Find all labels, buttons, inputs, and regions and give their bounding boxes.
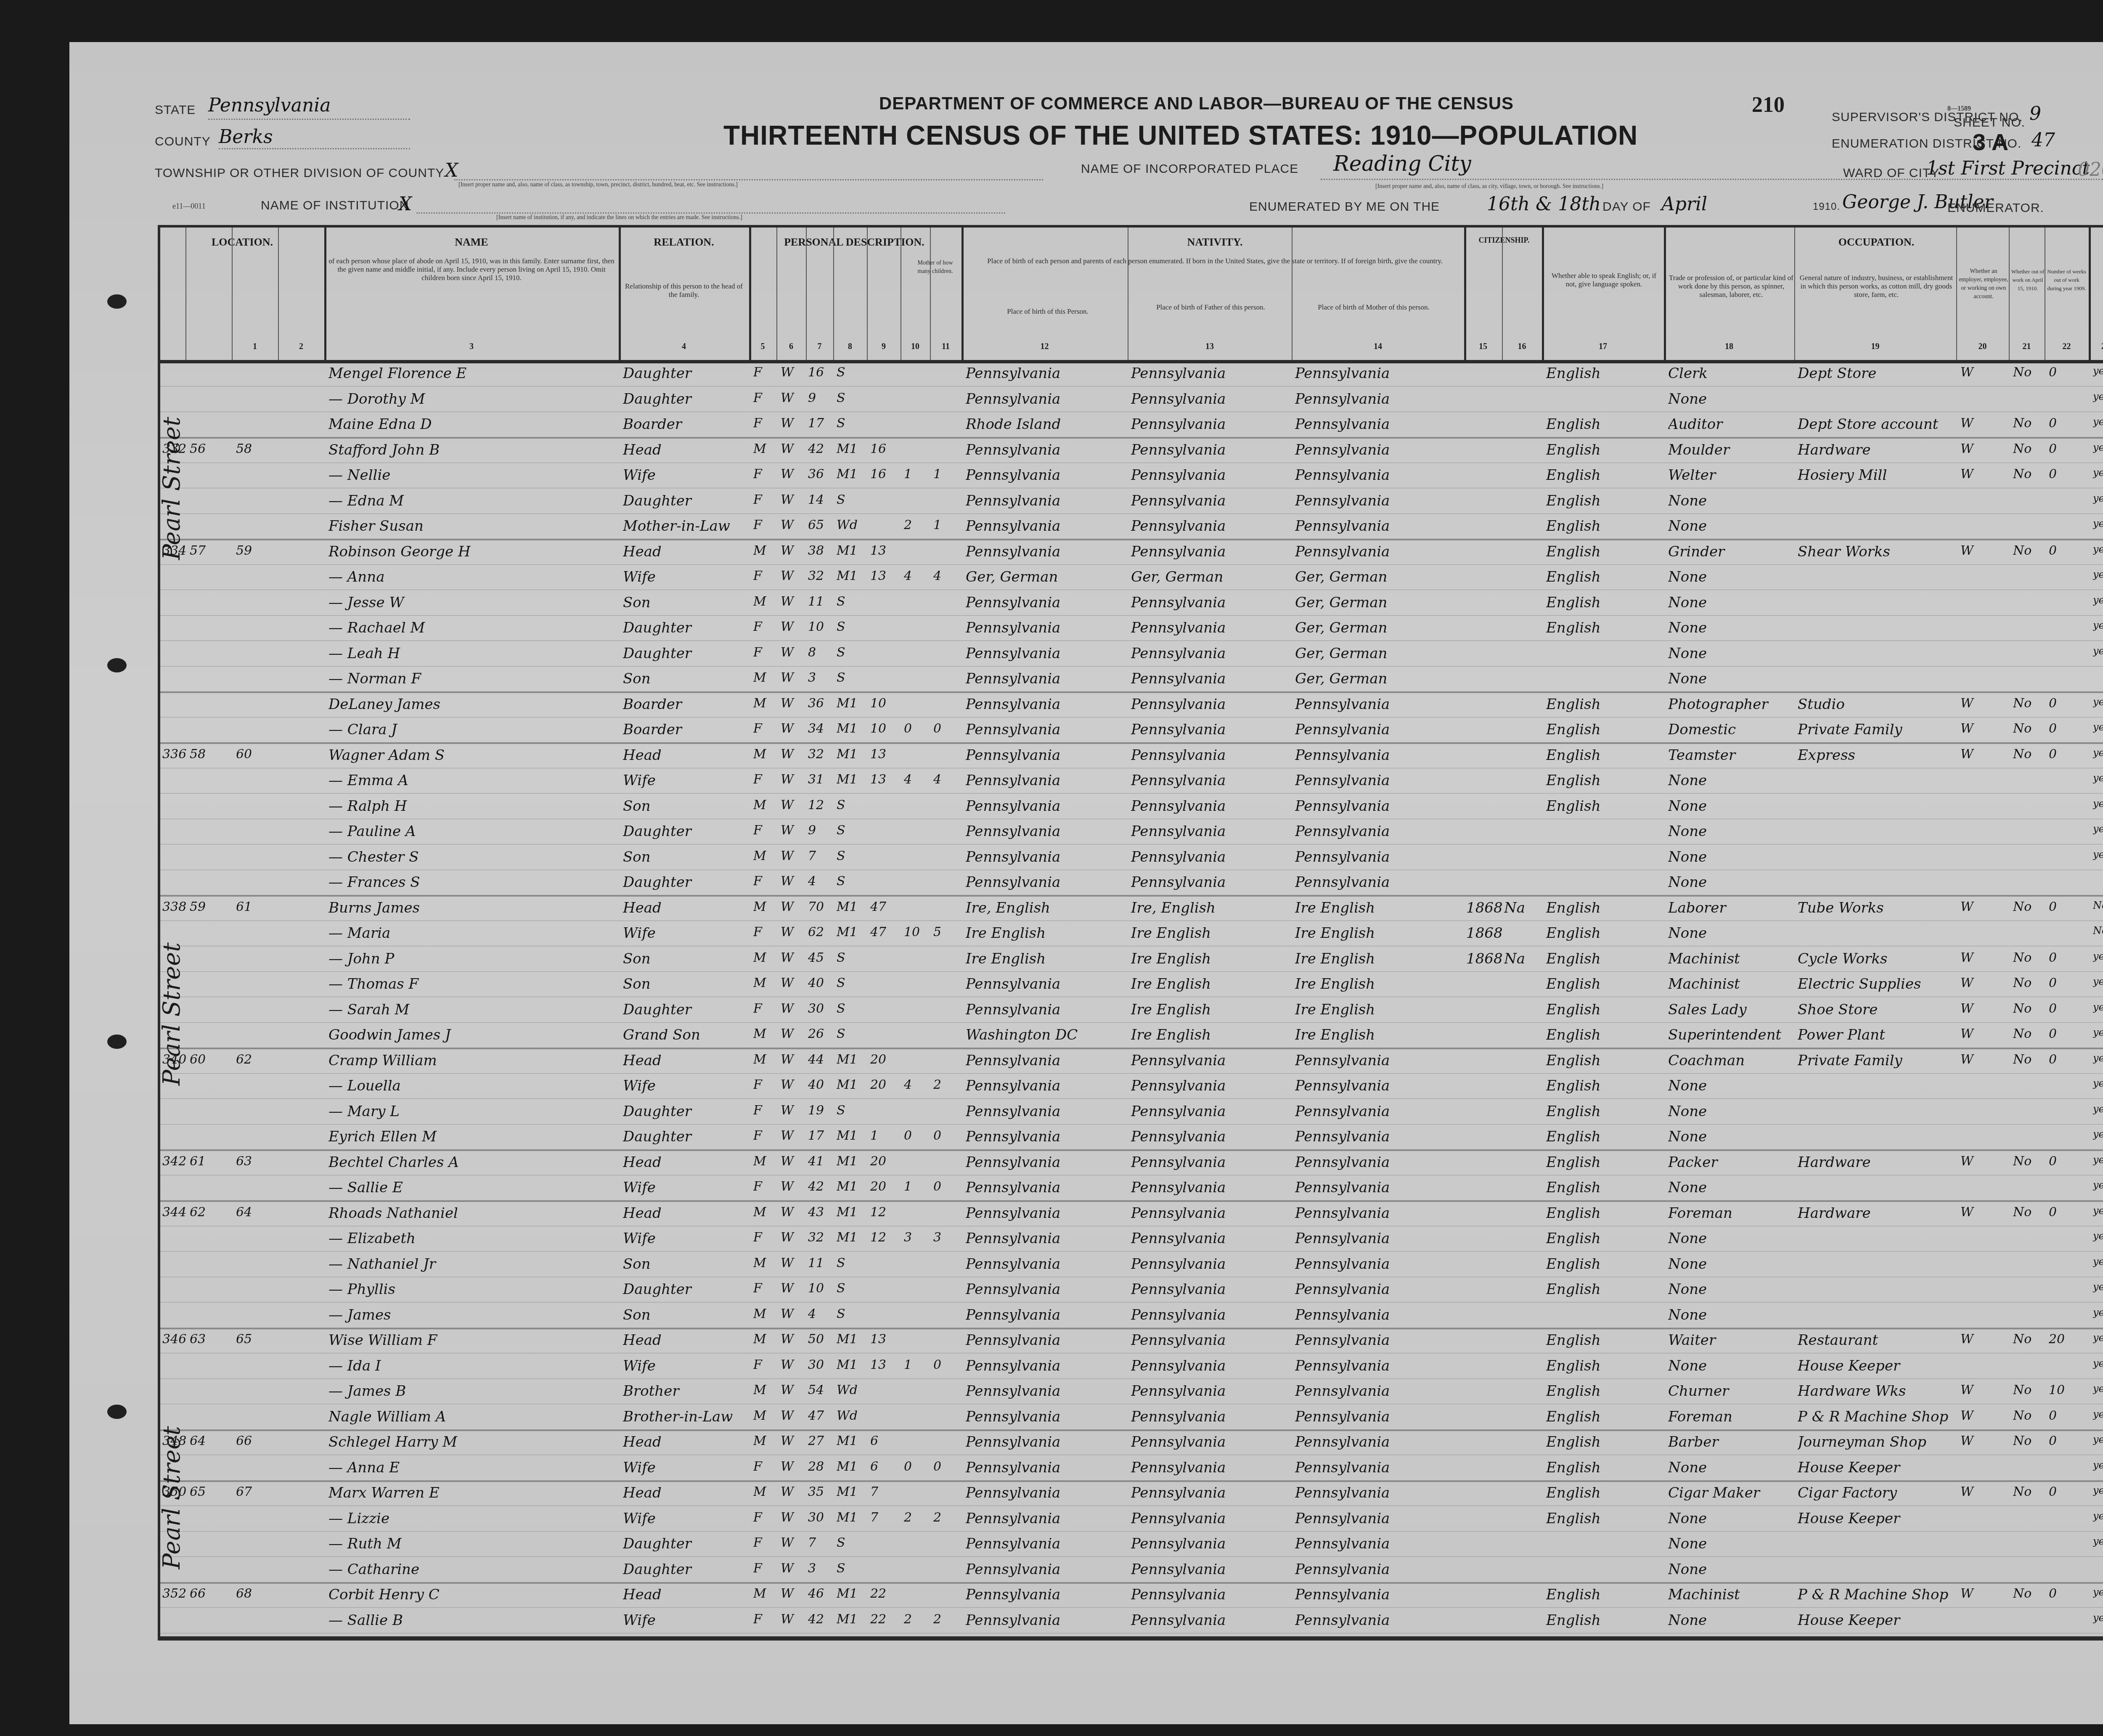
table-row: Nagle William ABrother-in-LawMW47WdPenns… [160,1407,2103,1431]
cell-race: W [781,798,804,812]
cell-marital: M1 [837,1485,866,1499]
cell-yrs: 1 [870,1128,900,1143]
cell-bpf: Pennsylvania [1131,442,1291,458]
year-value: 1910. [1813,201,1840,213]
cell-bpm: Pennsylvania [1295,1256,1463,1273]
cell-bp: Pennsylvania [966,1230,1128,1247]
cell-relation: Boarder [623,696,747,713]
cell-age: 4 [808,1307,833,1321]
cell-yrs: 16 [870,442,900,456]
cell-emp: W [1960,696,2007,711]
cell-name: — Ruth M [328,1535,617,1552]
cell-industry: Private Family [1798,1052,1955,1069]
cell-bp: Pennsylvania [966,1332,1128,1349]
cell-sex: F [753,1561,774,1576]
cell-bpf: Pennsylvania [1131,670,1291,687]
enumerated-label: ENUMERATED BY ME ON THE [1249,200,1440,214]
cell-trade: None [1668,1128,1794,1145]
cell-race: W [781,950,804,965]
cell-bp: Pennsylvania [966,1103,1128,1120]
cell-relation: Head [623,900,747,916]
cell-oow: No [2013,1205,2045,1220]
cell-industry: P & R Machine Shop [1798,1586,1955,1603]
cell-race: W [781,442,804,456]
cell-bpf: Pennsylvania [1131,619,1291,636]
cell-emp: W [1960,1205,2007,1220]
cell-trade: None [1668,1561,1794,1578]
cell-race: W [781,1077,804,1092]
column-number: 3 [324,342,619,352]
table-row: — Ralph HSonMW12SPennsylvaniaPennsylvani… [160,796,2103,819]
cell-read: No [2093,925,2103,937]
cell-emp: W [1960,1408,2007,1423]
cell-name: Robinson George H [328,543,617,560]
cell-yrs: 13 [870,543,900,558]
cell-read: yes [2093,1154,2103,1166]
cell-marital: M1 [837,747,866,762]
cell-lang: English [1546,492,1664,509]
cell-trade: None [1668,1535,1794,1552]
cell-oow: No [2013,1434,2045,1448]
cell-wks: 0 [2049,543,2087,558]
table-row: — NellieWifeFW36M11611PennsylvaniaPennsy… [160,465,2103,488]
cell-bpf: Pennsylvania [1131,416,1291,433]
cell-bp: Pennsylvania [966,442,1128,458]
cell-bpf: Pennsylvania [1131,1230,1291,1247]
cell-industry: Hardware [1798,1154,1955,1171]
cell-trade: Machinist [1668,976,1794,992]
cell-trade: Packer [1668,1154,1794,1171]
cell-living: 0 [933,721,959,736]
cell-bpf: Pennsylvania [1131,1128,1291,1145]
cell-bpm: Pennsylvania [1295,391,1463,408]
cell-bp: Pennsylvania [966,1358,1128,1374]
cell-race: W [781,1103,804,1118]
cell-lang: English [1546,467,1664,484]
cell-oow: No [2013,416,2045,431]
cell-bpm: Pennsylvania [1295,1535,1463,1552]
cell-lang: English [1546,1179,1664,1196]
cell-living: 3 [933,1230,959,1245]
cell-marital: S [837,670,866,685]
cell-bpf: Pennsylvania [1131,1459,1291,1476]
cell-yrs: 20 [870,1154,900,1169]
cell-lang: English [1546,1281,1664,1298]
cell-race: W [781,696,804,711]
cell-name: Burns James [328,900,617,916]
cell-industry: House Keeper [1798,1459,1955,1476]
cell-name: Bechtel Charles A [328,1154,617,1171]
ward-label: WARD OF CITY [1843,166,1939,180]
column-number: 11 [930,342,961,352]
cell-industry: Hosiery Mill [1798,467,1955,484]
cell-age: 41 [808,1154,833,1169]
table-body: Mengel Florence EDaughterFW16SPennsylvan… [160,363,2103,1636]
cell-bp: Pennsylvania [966,1434,1128,1450]
cell-relation: Daughter [623,1001,747,1018]
cell-bpf: Pennsylvania [1131,467,1291,484]
cell-bp: Pennsylvania [966,1510,1128,1527]
cell-race: W [781,619,804,634]
cell-emp: W [1960,416,2007,431]
cell-wks: 0 [2049,696,2087,711]
cell-trade: Domestic [1668,721,1794,738]
cell-sex: F [753,772,774,787]
cell-lang: English [1546,1230,1664,1247]
cell-wks: 0 [2049,1586,2087,1601]
group-occupation: OCCUPATION. [1666,236,2087,249]
cell-trade: None [1668,1358,1794,1374]
cell-industry: Journeyman Shop [1798,1434,1955,1450]
cell-oow: No [2013,1408,2045,1423]
cell-read: yes [2093,1256,2103,1268]
cell-marital: S [837,619,866,634]
cell-yrs: 13 [870,1358,900,1372]
cell-bp: Pennsylvania [966,1256,1128,1273]
form-number: e11—0011 [172,202,206,211]
cell-bpm: Pennsylvania [1295,1307,1463,1323]
cell-bpf: Pennsylvania [1131,696,1291,713]
cell-wks: 0 [2049,1205,2087,1220]
cell-bpf: Pennsylvania [1131,772,1291,789]
cell-name: — Pauline A [328,823,617,840]
sheet-number: 3 A [1973,128,2008,156]
cell-sex: M [753,976,774,990]
cell-emp: W [1960,950,2007,965]
cell-marital: M1 [837,1586,866,1601]
cell-bp: Ger, German [966,569,1128,585]
cell-bpm: Pennsylvania [1295,721,1463,738]
cell-relation: Daughter [623,391,747,408]
cell-lang: English [1546,1434,1664,1450]
cell-relation: Wife [623,569,747,585]
cell-bpf: Ire English [1131,976,1291,992]
table-row: 3345759Robinson George HHeadMW38M113Penn… [160,542,2103,565]
cell-race: W [781,849,804,863]
cell-bp: Pennsylvania [966,1535,1128,1552]
cell-immig: 1868 [1466,950,1502,967]
cell-emp: W [1960,1027,2007,1041]
cell-name: — Emma A [328,772,617,789]
cell-age: 32 [808,747,833,762]
incorporated-place-label: NAME OF INCORPORATED PLACE [1081,162,1298,176]
cell-age: 8 [808,645,833,660]
cell-lang: English [1546,594,1664,611]
township-label: TOWNSHIP OR OTHER DIVISION OF COUNTY [155,166,444,180]
cell-bpm: Pennsylvania [1295,1332,1463,1349]
cell-living: 0 [933,1179,959,1194]
cell-wks: 0 [2049,1052,2087,1067]
cell-trade: Superintendent [1668,1027,1794,1043]
cell-lang: English [1546,1408,1664,1425]
cell-living: 1 [933,467,959,482]
cell-read: yes [2093,365,2103,377]
cell-immig: 1868 [1466,925,1502,942]
cell-trade: Machinist [1668,1586,1794,1603]
group-relation: RELATION. [619,236,749,249]
cell-sex: F [753,619,774,634]
census-table: LOCATION. NAME RELATION. PERSONAL DESCRI… [158,225,2103,1641]
group-education: EDUCATION. [2091,236,2103,249]
cell-sex: F [753,1230,774,1245]
cell-marital: S [837,1561,866,1576]
cell-yrs: 13 [870,569,900,583]
cell-trade: Waiter [1668,1332,1794,1349]
cell-trade: Welter [1668,467,1794,484]
cell-bpm: Pennsylvania [1295,1408,1463,1425]
cell-bpm: Pennsylvania [1295,365,1463,382]
cell-born: 1 [904,1358,929,1372]
cell-bpm: Ire English [1295,900,1463,916]
cell-relation: Brother [623,1383,747,1400]
cell-bpm: Pennsylvania [1295,1154,1463,1171]
cell-age: 9 [808,391,833,405]
column-number: 16 [1502,342,1542,352]
cell-lang: English [1546,798,1664,815]
group-name: NAME [324,236,619,249]
department-title: DEPARTMENT OF COMMERCE AND LABOR—BUREAU … [879,93,1514,114]
cell-bpm: Pennsylvania [1295,1103,1463,1120]
cell-bp: Pennsylvania [966,696,1128,713]
cell-read: yes [2093,1383,2103,1395]
cell-age: 10 [808,619,833,634]
cell-age: 30 [808,1510,833,1525]
table-row: — Norman FSonMW3SPennsylvaniaPennsylvani… [160,669,2103,693]
cell-industry: Dept Store account [1798,416,1955,433]
cell-bpm: Pennsylvania [1295,416,1463,433]
cell-read: yes [2093,823,2103,835]
cell-marital: M1 [837,442,866,456]
cell-read: yes [2093,1077,2103,1089]
column-number: 4 [619,342,749,352]
cell-read: yes [2093,1332,2103,1344]
cell-yrs: 20 [870,1179,900,1194]
cell-bpf: Pennsylvania [1131,874,1291,891]
cell-name: Wagner Adam S [328,747,617,764]
cell-relation: Boarder [623,416,747,433]
table-row: — James BBrotherMW54WdPennsylvaniaPennsy… [160,1381,2103,1404]
cell-oow: No [2013,467,2045,482]
cell-race: W [781,772,804,787]
mother-children-header: Mother of how many children. [911,259,959,276]
cell-bp: Pennsylvania [966,1077,1128,1094]
cell-bpf: Pennsylvania [1131,645,1291,662]
cell-sex: M [753,1205,774,1220]
cell-name: — Louella [328,1077,617,1094]
cell-bpm: Pennsylvania [1295,1612,1463,1629]
cell-born: 2 [904,1510,929,1525]
cell-marital: M1 [837,1358,866,1372]
cell-sex: M [753,1332,774,1347]
cell-race: W [781,925,804,939]
cell-sex: F [753,1612,774,1627]
cell-family: 68 [236,1586,278,1601]
cell-living: 2 [933,1077,959,1092]
cell-bpf: Pennsylvania [1131,492,1291,509]
column-number: 14 [1292,342,1464,352]
cell-living: 4 [933,569,959,583]
cell-wks: 0 [2049,467,2087,482]
cell-relation: Daughter [623,874,747,891]
cell-age: 65 [808,518,833,532]
cell-bpm: Ire English [1295,950,1463,967]
cell-marital: M1 [837,925,866,939]
cell-bpf: Pennsylvania [1131,849,1291,865]
cell-name: — Elizabeth [328,1230,617,1247]
cell-bpm: Pennsylvania [1295,1459,1463,1476]
table-row: 3426163Bechtel Charles AHeadMW41M120Penn… [160,1152,2103,1175]
cell-family: 61 [236,900,278,914]
cell-born: 4 [904,569,929,583]
cell-marital: S [837,1281,866,1296]
cell-bpm: Ire English [1295,925,1463,942]
column-number: 6 [776,342,806,352]
cell-relation: Daughter [623,619,747,636]
cell-bp: Pennsylvania [966,1612,1128,1629]
township-note: [Insert proper name and, also, name of c… [458,182,738,188]
cell-living: 4 [933,772,959,787]
group-location: LOCATION. [160,236,324,249]
cell-oow: No [2013,1586,2045,1601]
cell-marital: M1 [837,1179,866,1194]
cell-bp: Pennsylvania [966,747,1128,764]
cell-race: W [781,1179,804,1194]
cell-sex: M [753,1408,774,1423]
cell-bpm: Pennsylvania [1295,467,1463,484]
cell-trade: Auditor [1668,416,1794,433]
cell-bpm: Pennsylvania [1295,1383,1463,1400]
cell-name: — Thomas F [328,976,617,992]
cell-bp: Pennsylvania [966,543,1128,560]
table-row: — CatharineDaughterFW3SPennsylvaniaPenns… [160,1559,2103,1584]
birth-person-header: Place of birth of this Person. [968,307,1128,316]
cell-trade: None [1668,569,1794,585]
cell-age: 12 [808,798,833,812]
cell-race: W [781,365,804,380]
table-row: — MariaWifeFW62M147105Ire EnglishIre Eng… [160,923,2103,946]
cell-lang: English [1546,543,1664,560]
cell-age: 35 [808,1485,833,1499]
cell-race: W [781,492,804,507]
cell-bp: Ire, English [966,900,1128,916]
cell-bpf: Pennsylvania [1131,1281,1291,1298]
cell-race: W [781,1383,804,1397]
cell-bpf: Ire English [1131,1001,1291,1018]
cell-dwelling: 62 [190,1205,232,1220]
cell-age: 14 [808,492,833,507]
cell-relation: Head [623,1485,747,1501]
cell-family: 58 [236,442,278,456]
cell-relation: Wife [623,1358,747,1374]
cell-marital: S [837,950,866,965]
column-number: 15 [1464,342,1502,352]
cell-lang: English [1546,1358,1664,1374]
table-row: — Nathaniel JrSonMW11SPennsylvaniaPennsy… [160,1254,2103,1277]
cell-race: W [781,1307,804,1321]
cell-bp: Pennsylvania [966,1408,1128,1425]
group-nativity: NATIVITY. [964,236,1466,249]
cell-relation: Brother-in-Law [623,1408,747,1425]
cell-bpf: Pennsylvania [1131,1535,1291,1552]
cell-race: W [781,1128,804,1143]
cell-relation: Wife [623,1077,747,1094]
cell-lang: English [1546,518,1664,535]
sheet-label: SHEET NO. [1954,116,2025,130]
cell-oow: No [2013,696,2045,711]
cell-race: W [781,1535,804,1550]
cell-industry: House Keeper [1798,1358,1955,1374]
cell-bpm: Pennsylvania [1295,1358,1463,1374]
cell-sex: F [753,1077,774,1092]
cell-bpm: Pennsylvania [1295,1586,1463,1603]
cell-name: — Catharine [328,1561,617,1578]
cell-bp: Pennsylvania [966,772,1128,789]
cell-race: W [781,518,804,532]
cell-trade: Barber [1668,1434,1794,1450]
cell-trade: None [1668,391,1794,408]
cell-bpf: Pennsylvania [1131,747,1291,764]
table-row: 3506567Marx Warren EHeadMW35M17Pennsylva… [160,1483,2103,1506]
column-number: 7 [806,342,833,352]
cell-trade: None [1668,1459,1794,1476]
punch-hole [107,1405,127,1419]
cell-oow: No [2013,543,2045,558]
cell-bpf: Pennsylvania [1131,1612,1291,1629]
cell-yrs: 6 [870,1434,900,1448]
cell-race: W [781,1358,804,1372]
table-row: 3526668Corbit Henry CHeadMW46M122Pennsyl… [160,1585,2103,1608]
cell-marital: M1 [837,1332,866,1347]
cell-marital: S [837,365,866,380]
cell-oow: No [2013,976,2045,990]
ward-value: 1st First Precinct [1926,158,2090,179]
cell-bp: Pennsylvania [966,1154,1128,1171]
punch-hole [107,658,127,672]
cell-house: 346 [162,1332,188,1347]
cell-dwelling: 63 [190,1332,232,1347]
cell-name: — Lizzie [328,1510,617,1527]
cell-emp: W [1960,721,2007,736]
cell-trade: None [1668,772,1794,789]
institution-label: NAME OF INSTITUTION [261,198,409,213]
punch-hole [107,1035,127,1049]
cell-name: — Phyllis [328,1281,617,1298]
cell-bpf: Pennsylvania [1131,1205,1291,1222]
cell-lang: English [1546,1052,1664,1069]
cell-bpf: Pennsylvania [1131,1408,1291,1425]
cell-relation: Son [623,670,747,687]
cell-relation: Wife [623,1510,747,1527]
cell-industry: Electric Supplies [1798,976,1955,992]
cell-marital: S [837,1256,866,1270]
cell-race: W [781,1408,804,1423]
table-row: — Ruth MDaughterFW7SPennsylvaniaPennsylv… [160,1534,2103,1557]
table-row: — Clara JBoarderFW34M11000PennsylvaniaPe… [160,720,2103,744]
cell-industry: Shear Works [1798,543,1955,560]
table-row: DeLaney JamesBoarderMW36M110Pennsylvania… [160,694,2103,717]
cell-name: — James B [328,1383,617,1400]
table-row: — Mary LDaughterFW19SPennsylvaniaPennsyl… [160,1101,2103,1125]
cell-race: W [781,1052,804,1067]
cell-trade: None [1668,1612,1794,1629]
cell-relation: Son [623,950,747,967]
cell-yrs: 10 [870,721,900,736]
cell-age: 70 [808,900,833,914]
cell-name: — Chester S [328,849,617,865]
cell-relation: Son [623,1256,747,1273]
cell-industry: Shoe Store [1798,1001,1955,1018]
cell-bp: Pennsylvania [966,518,1128,535]
